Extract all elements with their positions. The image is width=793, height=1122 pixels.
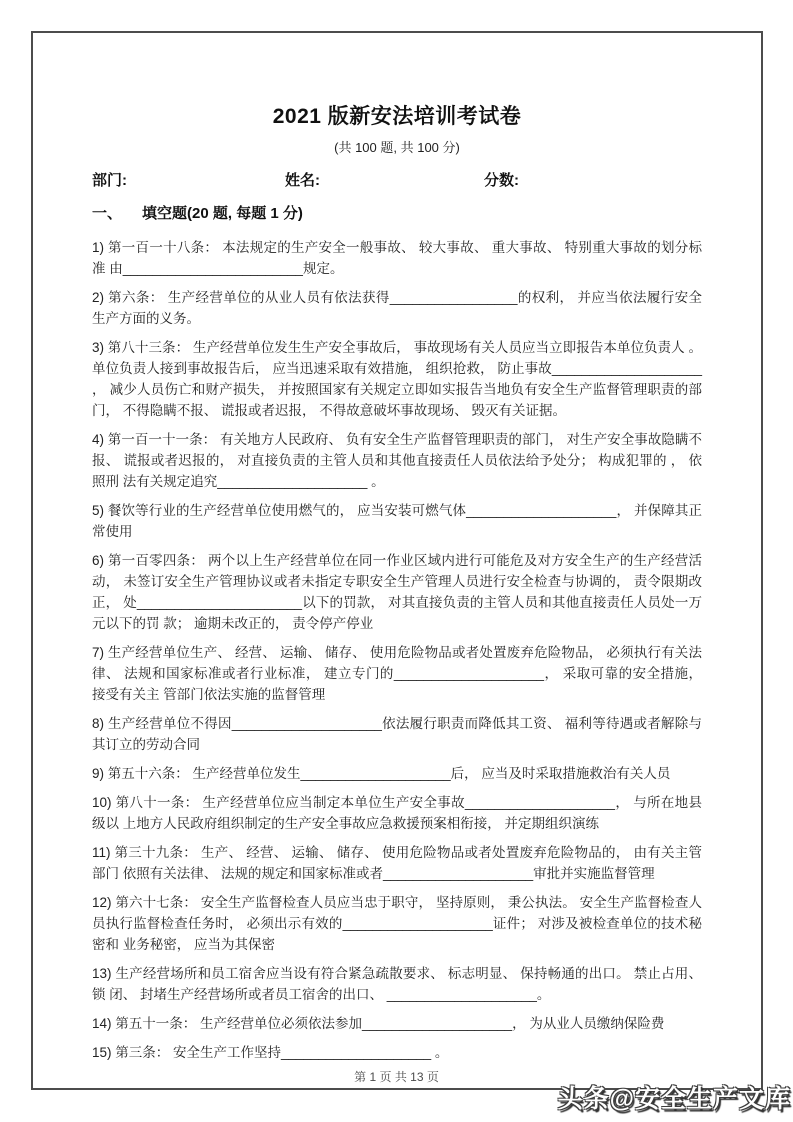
header-fields-row: 部门: 姓名: 分数: bbox=[92, 169, 702, 191]
question-9: 9) 第五十六条： 生产经营单位发生____________________后，… bbox=[92, 763, 702, 784]
department-field-label: 部门: bbox=[92, 169, 127, 190]
question-list: 1) 第一百一十八条： 本法规定的生产安全一般事故、 较大事故、 重大事故、 特… bbox=[92, 237, 702, 1063]
question-2: 2) 第六条： 生产经营单位的从业人员有依法获得________________… bbox=[92, 287, 702, 329]
watermark: 头条@安全生产文库 bbox=[558, 1079, 791, 1115]
question-10: 10) 第八十一条： 生产经营单位应当制定本单位生产安全事故__________… bbox=[92, 792, 702, 834]
section-heading: 一、填空题(20 题, 每题 1 分) bbox=[92, 202, 702, 223]
section-number: 一、 bbox=[92, 202, 122, 223]
score-field-label: 分数: bbox=[484, 169, 519, 190]
question-1: 1) 第一百一十八条： 本法规定的生产安全一般事故、 较大事故、 重大事故、 特… bbox=[92, 237, 702, 279]
question-3: 3) 第八十三条： 生产经营单位发生生产安全事故后， 事故现场有关人员应当立即报… bbox=[92, 337, 702, 421]
question-14: 14) 第五十一条： 生产经营单位必须依法参加_________________… bbox=[92, 1013, 702, 1034]
name-field-label: 姓名: bbox=[285, 169, 320, 190]
question-11: 11) 第三十九条： 生产、 经营、 运输、 储存、 使用危险物品或者处置废弃危… bbox=[92, 842, 702, 884]
question-7: 7) 生产经营单位生产、 经营、 运输、 储存、 使用危险物品或者处置废弃危险物… bbox=[92, 642, 702, 705]
question-15: 15) 第三条： 安全生产工作坚持____________________ 。 bbox=[92, 1042, 702, 1063]
exam-paper-page: 2021 版新安法培训考试卷 (共 100 题, 共 100 分) 部门: 姓名… bbox=[0, 0, 793, 1122]
page-content: 2021 版新安法培训考试卷 (共 100 题, 共 100 分) 部门: 姓名… bbox=[92, 100, 702, 1071]
question-13: 13) 生产经营场所和员工宿舍应当设有符合紧急疏散要求、 标志明显、 保持畅通的… bbox=[92, 963, 702, 1005]
section-title: 填空题(20 题, 每题 1 分) bbox=[142, 205, 303, 222]
document-subtitle: (共 100 题, 共 100 分) bbox=[92, 137, 702, 156]
question-8: 8) 生产经营单位不得因____________________依法履行职责而降… bbox=[92, 713, 702, 755]
question-12: 12) 第六十七条： 安全生产监督检查人员应当忠于职守， 坚持原则， 秉公执法。… bbox=[92, 892, 702, 955]
document-title: 2021 版新安法培训考试卷 bbox=[92, 100, 702, 130]
question-5: 5) 餐饮等行业的生产经营单位使用燃气的， 应当安装可燃气体__________… bbox=[92, 500, 702, 542]
question-6: 6) 第一百零四条： 两个以上生产经营单位在同一作业区域内进行可能危及对方安全生… bbox=[92, 550, 702, 634]
question-4: 4) 第一百一十一条： 有关地方人民政府、 负有安全生产监督管理职责的部门， 对… bbox=[92, 429, 702, 492]
